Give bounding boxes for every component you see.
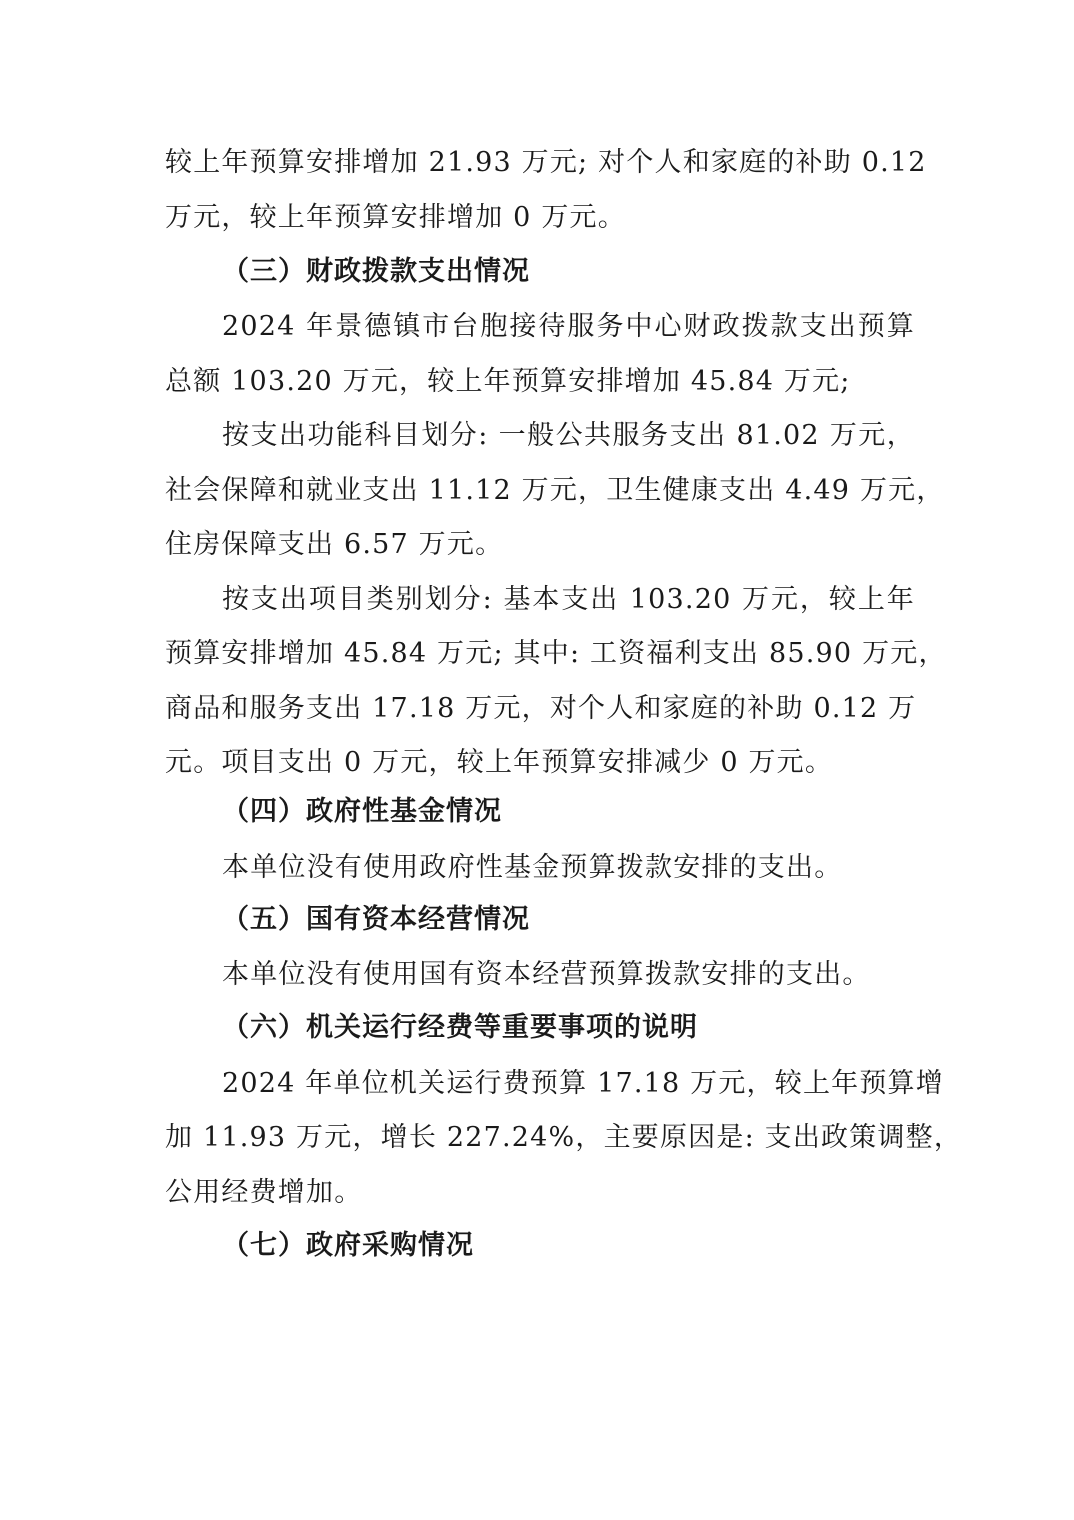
- paragraph-line: 住房保障支出 6.57 万元。: [165, 525, 915, 565]
- paragraph-line: 万元，较上年预算安排增加 0 万元。: [165, 198, 915, 238]
- section-heading-7: （七）政府采购情况: [222, 1226, 474, 1266]
- section-heading-5: （五）国有资本经营情况: [222, 900, 530, 940]
- paragraph-line: 总额 103.20 万元，较上年预算安排增加 45.84 万元;: [165, 362, 915, 402]
- document-page: 较上年预算安排增加 21.93 万元; 对个人和家庭的补助 0.12 万元，较上…: [0, 0, 1074, 1520]
- paragraph-line: 加 11.93 万元，增长 227.24%，主要原因是: 支出政策调整，: [165, 1118, 915, 1158]
- section-heading-3: （三）财政拨款支出情况: [222, 252, 530, 292]
- paragraph-line: 本单位没有使用国有资本经营预算拨款安排的支出。: [222, 955, 915, 995]
- paragraph-line: 社会保障和就业支出 11.12 万元，卫生健康支出 4.49 万元，: [165, 471, 915, 511]
- paragraph-line: 2024 年单位机关运行费预算 17.18 万元，较上年预算增: [222, 1064, 915, 1104]
- paragraph-line: 预算安排增加 45.84 万元; 其中: 工资福利支出 85.90 万元，: [165, 634, 915, 674]
- paragraph-line: 按支出项目类别划分: 基本支出 103.20 万元，较上年: [222, 580, 915, 620]
- paragraph-line: 按支出功能科目划分: 一般公共服务支出 81.02 万元，: [222, 416, 915, 456]
- paragraph-line: 2024 年景德镇市台胞接待服务中心财政拨款支出预算: [222, 307, 915, 347]
- paragraph-line: 本单位没有使用政府性基金预算拨款安排的支出。: [222, 848, 915, 888]
- section-heading-4: （四）政府性基金情况: [222, 792, 502, 832]
- paragraph-line: 商品和服务支出 17.18 万元，对个人和家庭的补助 0.12 万: [165, 689, 915, 729]
- section-heading-6: （六）机关运行经费等重要事项的说明: [222, 1008, 698, 1048]
- paragraph-line: 元。项目支出 0 万元，较上年预算安排减少 0 万元。: [165, 743, 915, 783]
- paragraph-line: 公用经费增加。: [165, 1173, 915, 1213]
- paragraph-line: 较上年预算安排增加 21.93 万元; 对个人和家庭的补助 0.12: [165, 143, 915, 183]
